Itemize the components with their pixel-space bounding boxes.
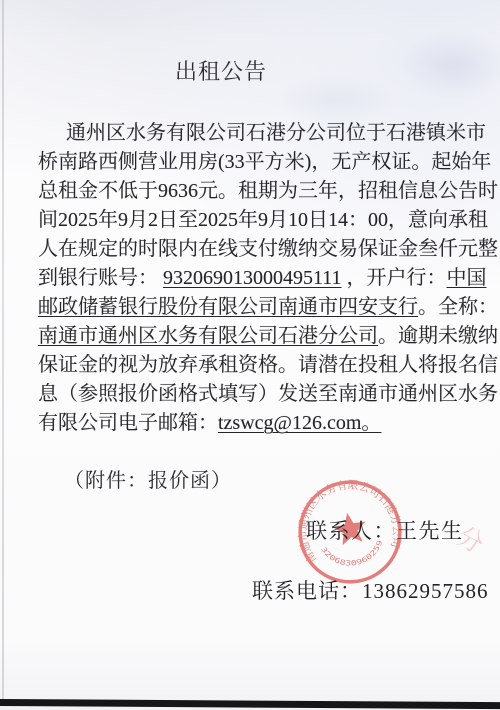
underlined-text-run: tzswcg@126.com。: [218, 412, 381, 434]
text-run: 。逾期未缴纳: [378, 325, 498, 347]
body-paragraph: 通州区水务有限公司石港分公司位于石港镇米市桥南路西侧营业用房(33平方米)，无产…: [38, 119, 462, 438]
underlined-text-run: 中国: [447, 267, 487, 289]
scan-bottom-bar: [0, 699, 500, 709]
underlined-text-run: 邮政储蓄银行股份有限公司南通市四安支行: [38, 296, 418, 318]
body-line: 人在规定的时限内在线支付缴纳交易保证金叁仟元整: [38, 235, 462, 264]
text-run: 间2025年9月2日至2025年9月10日14：00，意向承租: [38, 209, 488, 231]
text-run: 桥南路西侧营业用房(33平方米)，无产权证。起始年: [38, 151, 491, 173]
text-run: 通州区水务有限公司石港分公司位于石港镇米市: [66, 122, 486, 144]
body-line: 息（参照报价函格式填写）发送至南通市通州区水务: [38, 380, 462, 409]
body-line: 通州区水务有限公司石港分公司位于石港镇米市: [38, 119, 462, 148]
body-line: 总租金不低于9636元。租期为三年，招租信息公告时: [38, 177, 462, 206]
scanned-document-page: 出租公告 通州区水务有限公司石港分公司位于石港镇米市桥南路西侧营业用房(33平方…: [0, 0, 500, 710]
contact-phone: 联系电话：13862957586: [252, 575, 489, 605]
page-title: 出租公告: [0, 55, 471, 86]
text-run: 有限公司电子邮箱：: [38, 412, 218, 434]
scan-left-edge: [2, 0, 4, 702]
text-run: 。全称：: [418, 296, 498, 318]
contact-person: 联系人：王先生: [306, 515, 464, 545]
text-run: 总租金不低于9636元。租期为三年，招租信息公告时: [38, 180, 498, 202]
body-line: 邮政储蓄银行股份有限公司南通市四安支行。全称：: [38, 293, 462, 322]
body-line: 保证金的视为放弃承租资格。请潜在投租人将报名信: [38, 351, 462, 380]
body-line: 南通市通州区水务有限公司石港分公司。逾期未缴纳: [38, 322, 462, 351]
body-line: 到银行账号： 932069013000495111 ，开户行：中国: [38, 264, 462, 293]
text-run: 到银行账号：: [38, 267, 163, 289]
text-run: 息（参照报价函格式填写）发送至南通市通州区水务: [38, 383, 498, 405]
body-line: 桥南路西侧营业用房(33平方米)，无产权证。起始年: [38, 148, 462, 177]
underlined-text-run: 南通市通州区水务有限公司石港分公司: [38, 325, 378, 347]
body-line: 间2025年9月2日至2025年9月10日14：00，意向承租: [38, 206, 462, 235]
text-run: 保证金的视为放弃承租资格。请潜在投租人将报名信: [38, 354, 498, 376]
body-line: 有限公司电子邮箱：tzswcg@126.com。: [38, 409, 462, 438]
text-run: ，开户行：: [342, 267, 447, 289]
underlined-text-run: 932069013000495111: [163, 267, 342, 289]
text-run: 人在规定的时限内在线支付缴纳交易保证金叁仟元整: [38, 238, 498, 260]
attachment-note: （附件：报价函）: [64, 464, 232, 493]
